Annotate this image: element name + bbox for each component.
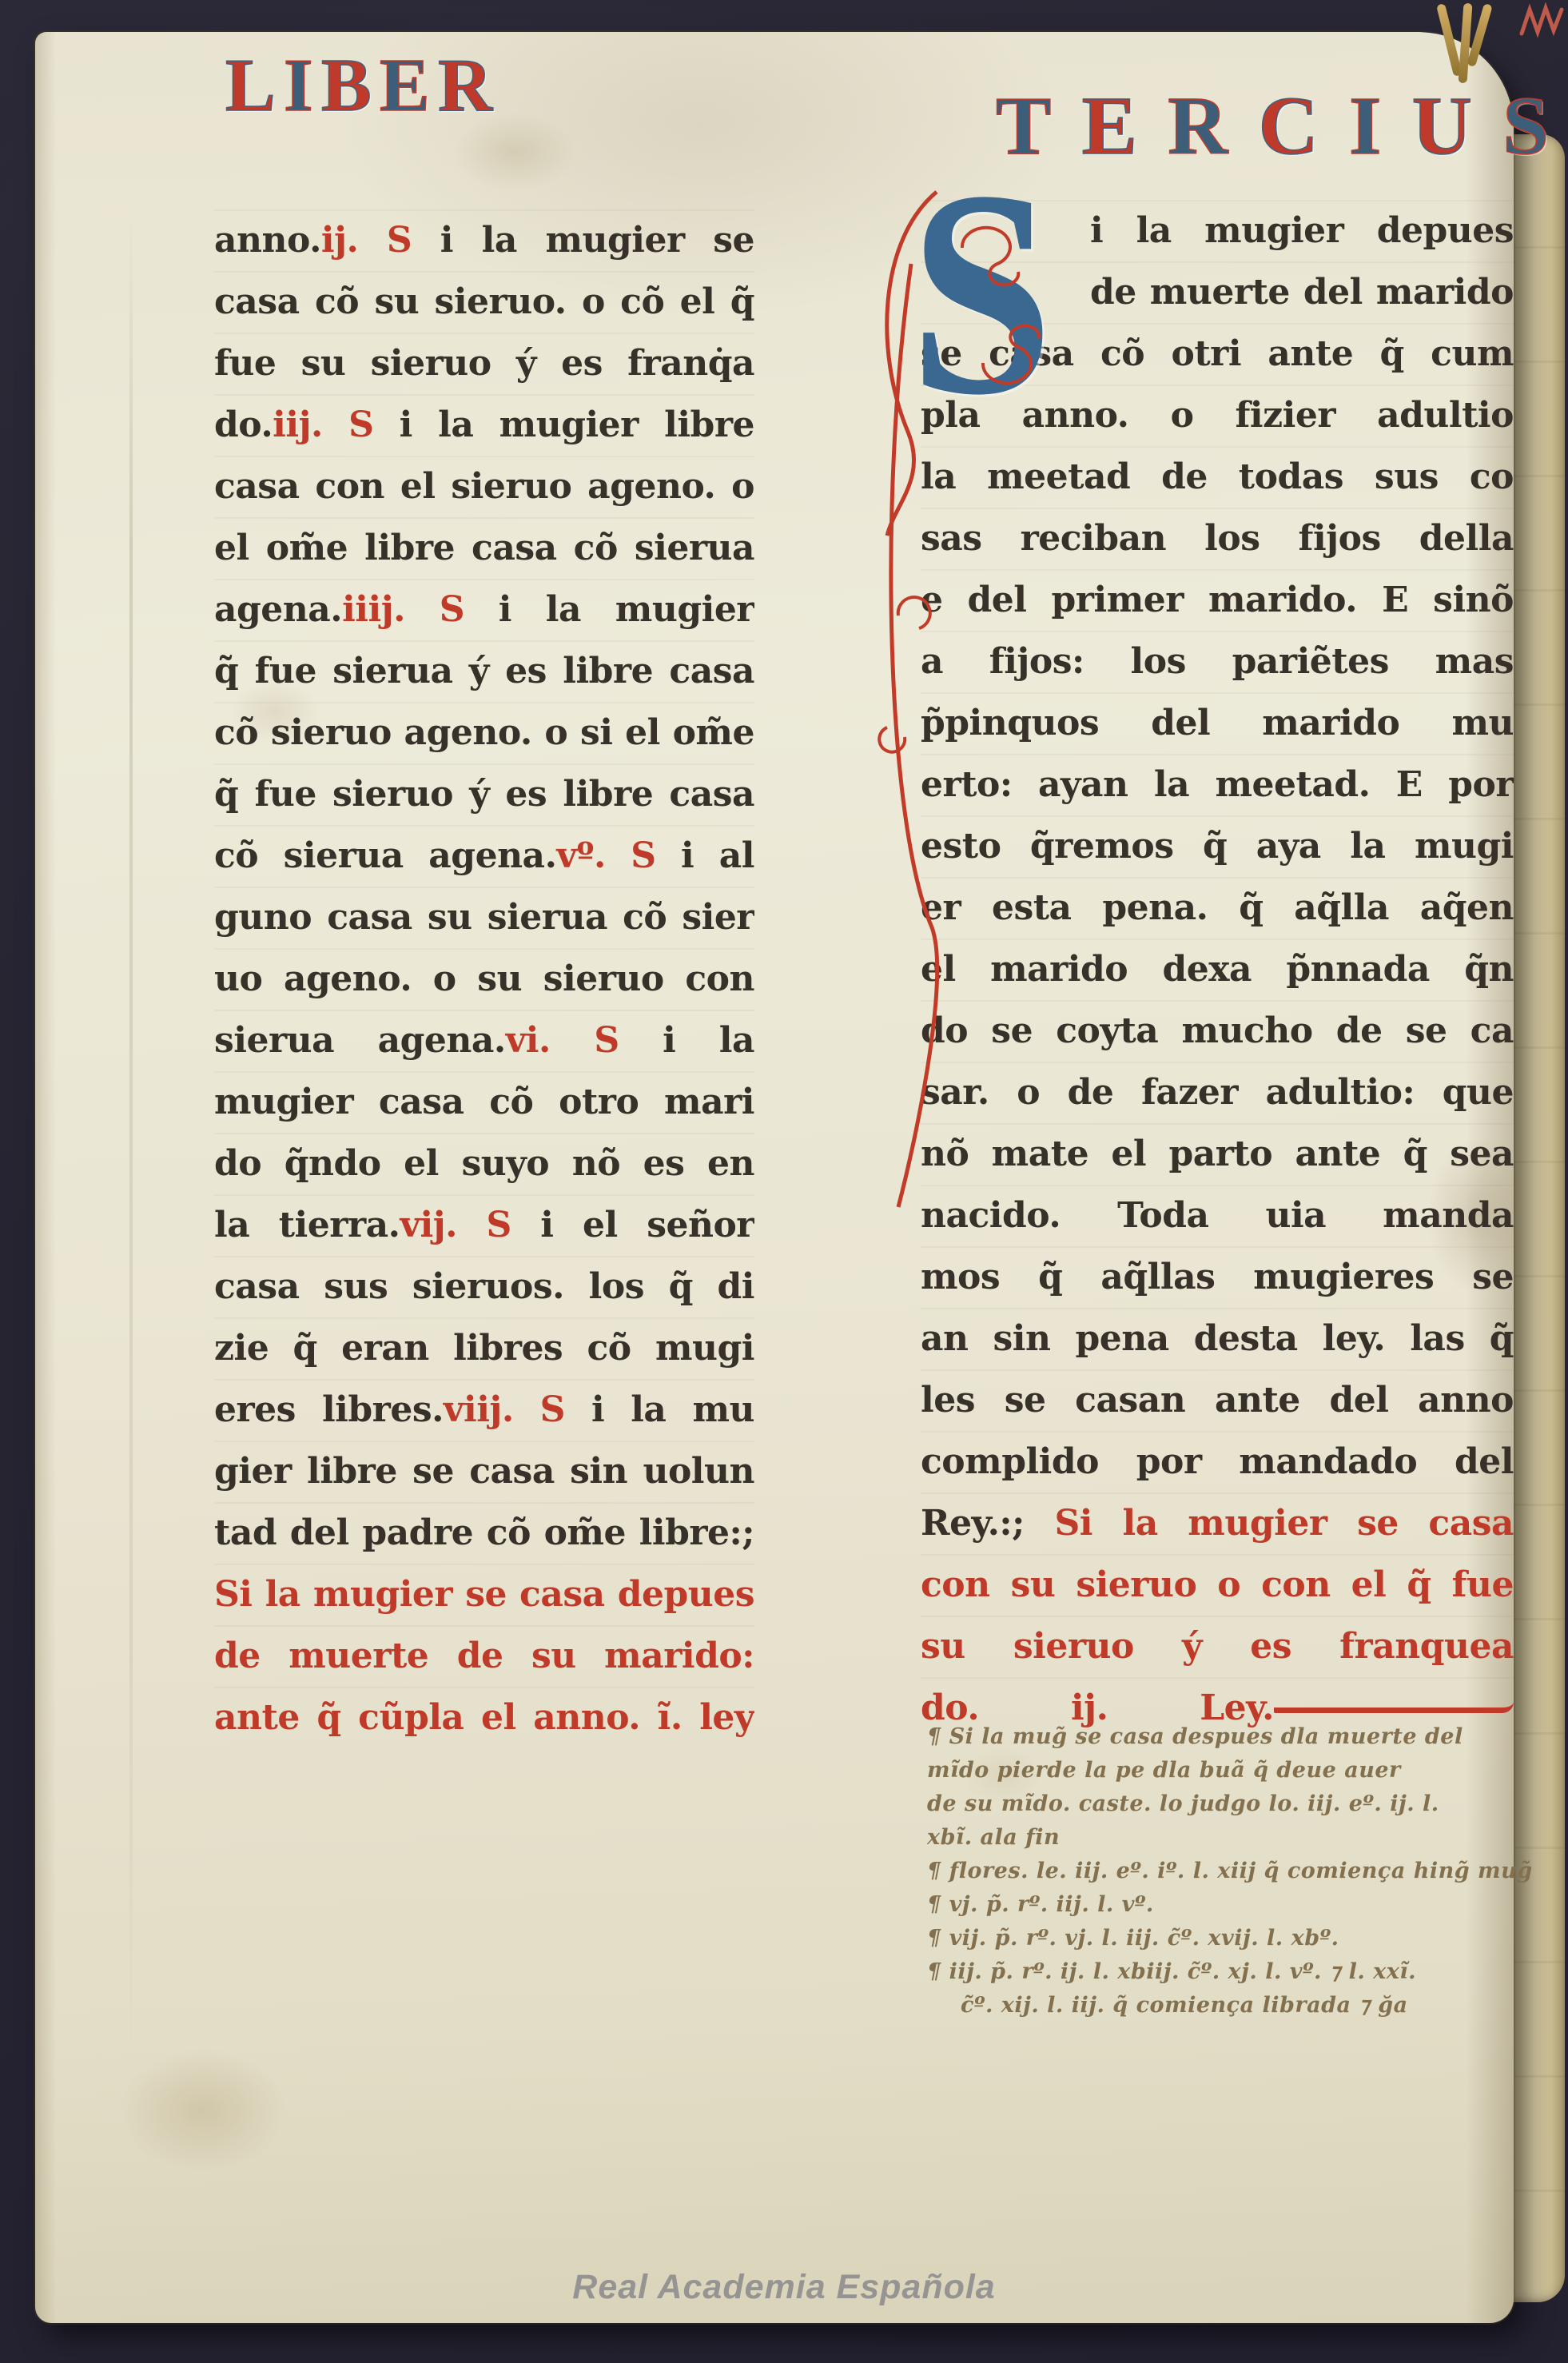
text-line: an sin pena desta ley. las q̃ [921, 1308, 1514, 1369]
text-line: do se coyta mucho de se ca [921, 1000, 1514, 1062]
text-line: con su sieruo o con el q̃ fue [921, 1554, 1514, 1616]
body-text: mos q̃ aq̃llas mugieres se [921, 1257, 1514, 1297]
text-line: guno casa su sierua cõ sier [214, 887, 754, 948]
body-text: tad del padre cõ om̃e libre:; [214, 1512, 754, 1553]
rubric-text: iiij. S [342, 589, 464, 630]
body-text: casa con el sieruo ageno. o [214, 466, 754, 507]
rubric-text: con su sieruo o con el q̃ fue [921, 1564, 1514, 1605]
gloss-line: ¶ iij. p̃. rº. ij. l. xbiij. c̃º. xj. l.… [927, 1955, 1552, 1989]
rubric-text: iij. S [273, 404, 373, 445]
text-line: a fijos: los pariẽtes mas [921, 631, 1514, 692]
rubric-text: su sieruo ý es franquea [921, 1626, 1514, 1667]
body-text: do se coyta mucho de se ca [921, 1010, 1514, 1051]
versal-letter: R [1168, 85, 1228, 168]
body-text: casa cõ su sieruo. o cõ el q̃ [214, 281, 754, 322]
versal-letter: E [380, 48, 430, 123]
body-text: i la mugier depues [1090, 210, 1514, 251]
text-line: Rey.:; Si la mugier se casa [921, 1492, 1514, 1554]
body-text: les se casan ante del anno [921, 1380, 1514, 1421]
rubric-text: de muerte de su marido: [214, 1636, 754, 1676]
gloss-line: ¶ vij. p̃. rº. vj. l. iij. c̃º. xvij. l.… [927, 1922, 1552, 1955]
body-text: gier libre se casa sin uolun [214, 1451, 754, 1492]
text-line: mos q̃ aq̃llas mugieres se [921, 1246, 1514, 1308]
body-text: la meetad de todas sus co [921, 456, 1514, 497]
body-text: fue su sieruo ý es franq̇a [214, 343, 754, 384]
text-line: casa sus sieruos. los q̃ di [214, 1256, 754, 1317]
text-line: eres libres.viij. S i la mu [214, 1379, 754, 1441]
watermark-real-academia: Real Academia Española [572, 2270, 995, 2305]
body-text: i la [619, 1020, 754, 1061]
body-text: sierua agena. [214, 1020, 506, 1061]
body-text: esto q̃remos q̃ aya la mugi [921, 826, 1514, 867]
rubric-text: vij. S [400, 1205, 511, 1245]
versal-letter: U [1412, 85, 1472, 168]
text-line: do.iij. S i la mugier libre [214, 394, 754, 456]
text-line: sierua agena.vi. S i la [214, 1010, 754, 1071]
gloss-line: c̃º. xij. l. iij. q̃ comiença librada ⁊ … [927, 1989, 1552, 2022]
versal-letter: C [1259, 85, 1319, 168]
body-text: sas reciban los fijos della [921, 518, 1514, 559]
body-text: zie q̃ eran libres cõ mugi [214, 1328, 754, 1369]
text-line: ante q̃ cũpla el anno. ĩ. ley [214, 1687, 754, 1748]
text-line: zie q̃ eran libres cõ mugi [214, 1317, 754, 1379]
text-line: sas reciban los fijos della [921, 508, 1514, 569]
body-text: uo ageno. o su sieruo con [214, 958, 754, 999]
body-text: e del primer marido. E sinõ [921, 580, 1514, 620]
text-line: cõ sieruo ageno. o si el om̃e [214, 702, 754, 763]
gloss-line: ¶ vj. p̃. rº. iij. l. vº. [927, 1888, 1552, 1922]
body-text: do q̃ndo el suyo nõ es en [214, 1143, 754, 1184]
body-text: i la mugier libre [373, 404, 754, 445]
versal-letter: R [438, 48, 492, 123]
body-text: nacido. Toda uia manda [921, 1195, 1514, 1236]
text-column-left: anno.ij. S i la mugier secasa cõ su sier… [214, 209, 754, 1748]
text-line: complido por mandado del [921, 1431, 1514, 1492]
body-text: i al [656, 835, 754, 876]
versal-letter: I [284, 48, 313, 123]
decorated-initial-s: S [909, 173, 1079, 436]
body-text: nõ mate el parto ante q̃ sea [921, 1134, 1514, 1174]
body-text: el marido dexa p̃nnada q̃n [921, 949, 1514, 990]
text-line: anno.ij. S i la mugier se [214, 209, 754, 271]
body-text: p̃pinquos del marido mu [921, 703, 1514, 743]
body-text: erto: ayan la meetad. E por [921, 764, 1514, 805]
text-line: fue su sieruo ý es franq̇a [214, 333, 754, 394]
rubric-text: ij. S [321, 220, 412, 261]
bookmark-tassel [1435, 3, 1498, 86]
rubric-text: viij. S [444, 1389, 565, 1430]
text-line: e del primer marido. E sinõ [921, 569, 1514, 631]
running-title-tercius: TERCIUS [996, 85, 1549, 181]
body-text: q̃ fue sieruo ý es libre casa [214, 774, 754, 815]
parchment-crease [129, 216, 133, 2054]
body-text: de muerte del marido [1090, 272, 1514, 313]
text-line: uo ageno. o su sieruo con [214, 948, 754, 1010]
text-line: casa cõ su sieruo. o cõ el q̃ [214, 271, 754, 333]
body-text: el om̃e libre casa cõ sierua [214, 528, 754, 568]
text-line: do q̃ndo el suyo nõ es en [214, 1133, 754, 1194]
gloss-line: ¶ Si la mug̃ se casa despues dla muerte … [927, 1720, 1552, 1754]
versal-letter: B [321, 48, 372, 123]
text-line: nacido. Toda uia manda [921, 1185, 1514, 1246]
text-line: les se casan ante del anno [921, 1369, 1514, 1431]
body-text: cõ sierua agena. [214, 835, 556, 876]
text-line: el marido dexa p̃nnada q̃n [921, 938, 1514, 1000]
body-text: i la mugier se [412, 220, 754, 261]
versal-letter: S [1502, 85, 1549, 168]
text-line: gier libre se casa sin uolun [214, 1441, 754, 1502]
body-text: a fijos: los pariẽtes mas [921, 641, 1514, 682]
digitized-manuscript-photo: { "meta": { "watermark": "Real Academia … [0, 0, 1568, 2363]
rubric-text: vi. S [506, 1020, 619, 1061]
rubric-text: Si la mugier se casa depues [214, 1574, 754, 1615]
gloss-line: de su mĩdo. caste. lo judgo lo. iij. eº.… [927, 1787, 1552, 1821]
text-line: q̃ fue sierua ý es libre casa [214, 640, 754, 702]
body-text: i el señor [511, 1205, 754, 1245]
body-text: sar. o de fazer adultio: que [921, 1072, 1514, 1113]
marginal-gloss-notes: ¶ Si la mug̃ se casa despues dla muerte … [927, 1720, 1552, 2022]
text-line: su sieruo ý es franquea [921, 1616, 1514, 1677]
text-line: de muerte de su marido: [214, 1625, 754, 1687]
text-line: tad del padre cõ om̃e libre:; [214, 1502, 754, 1564]
text-line: esto q̃remos q̃ aya la mugi [921, 815, 1514, 877]
tassel-strand [1459, 3, 1473, 84]
rubric-text: ante q̃ cũpla el anno. ĩ. ley [214, 1697, 754, 1738]
text-line: agena.iiij. S i la mugier [214, 579, 754, 640]
body-text: mugier casa cõ otro mari [214, 1082, 754, 1122]
parchment-page: LIBER TERCIUS anno.ij. S i la mugier sec… [35, 32, 1514, 2323]
text-line: p̃pinquos del marido mu [921, 692, 1514, 754]
body-text: i la mugier [464, 589, 754, 630]
body-text: i la mu [565, 1389, 754, 1430]
versal-letter: L [225, 48, 276, 123]
text-line: er esta pena. q̃ aq̃lla aq̃en [921, 877, 1514, 938]
text-line: q̃ fue sieruo ý es libre casa [214, 763, 754, 825]
body-text: eres libres. [214, 1389, 444, 1430]
gloss-line: mĩdo pierde la pe dla buã q̃ deue auer [927, 1754, 1552, 1787]
versal-letter: E [1082, 85, 1137, 168]
body-text: er esta pena. q̃ aq̃lla aq̃en [921, 887, 1514, 928]
body-text: Rey.:; [921, 1503, 1025, 1544]
text-line: Si la mugier se casa depues [214, 1564, 754, 1625]
text-line: nõ mate el parto ante q̃ sea [921, 1123, 1514, 1185]
text-line: cõ sierua agena.vº. S i al [214, 825, 754, 887]
body-text: casa sus sieruos. los q̃ di [214, 1266, 754, 1307]
body-text: q̃ fue sierua ý es libre casa [214, 651, 754, 691]
gloss-line: xbĩ. ala fin [927, 1821, 1552, 1855]
versal-letter: I [1349, 85, 1381, 168]
body-text: la tierra. [214, 1205, 400, 1245]
gloss-line: ¶ flores. le. iij. eº. iº. l. xiij q̃ co… [927, 1855, 1552, 1888]
text-line: el om̃e libre casa cõ sierua [214, 517, 754, 579]
initial-letter: S [909, 173, 1059, 414]
text-line: casa con el sieruo ageno. o [214, 456, 754, 517]
rubric-text: Si la mugier se casa [1025, 1503, 1514, 1544]
body-text: anno. [214, 220, 321, 261]
text-line: erto: ayan la meetad. E por [921, 754, 1514, 815]
body-text: an sin pena desta ley. las q̃ [921, 1318, 1514, 1359]
rubric-text: vº. S [556, 835, 655, 876]
body-text: guno casa su sierua cõ sier [214, 897, 754, 938]
body-text: complido por mandado del [921, 1441, 1514, 1482]
body-text: agena. [214, 589, 342, 630]
text-line: la tierra.vij. S i el señor [214, 1194, 754, 1256]
red-rule-filler [1274, 1687, 1514, 1713]
red-thread-mark [1518, 2, 1566, 43]
text-line: mugier casa cõ otro mari [214, 1071, 754, 1133]
body-text: cõ sieruo ageno. o si el om̃e [214, 712, 754, 753]
running-title-liber: LIBER [225, 48, 492, 134]
text-line: sar. o de fazer adultio: que [921, 1062, 1514, 1123]
body-text: do. [214, 404, 273, 445]
